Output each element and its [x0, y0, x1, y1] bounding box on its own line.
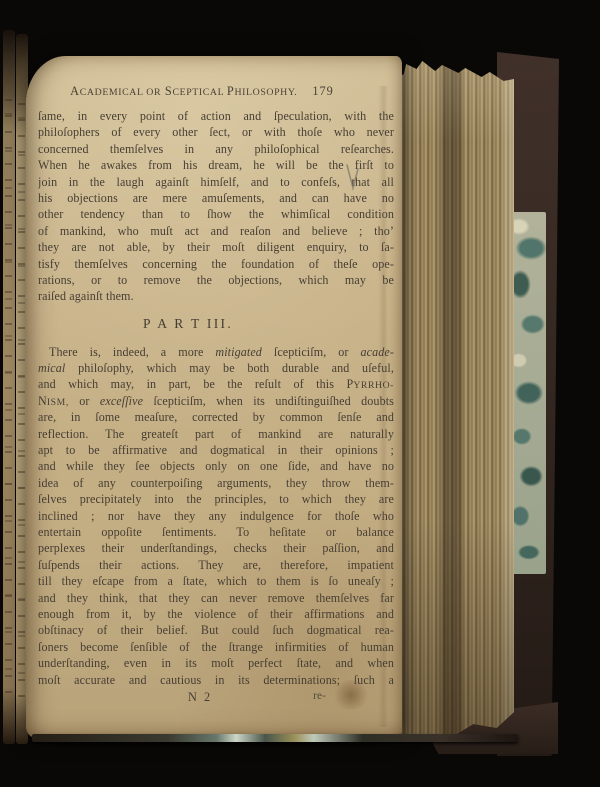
text-segment: of mankind, who muſt act and reaſon and …: [38, 224, 394, 238]
text-segment: his objections are mere amuſements, and …: [38, 191, 394, 205]
text-line: entertain oppoſite ſentiments. To heſita…: [38, 524, 394, 540]
text-line: ſame, in every point of action and ſpecu…: [38, 108, 394, 124]
text-segment: When he awakes from his dream, he will b…: [38, 158, 394, 172]
text-segment: obſtinacy of their belief. But could ſuc…: [38, 623, 394, 637]
text-segment: or: [69, 394, 100, 408]
text-line: ſuſpends their actions. They are, theref…: [38, 557, 394, 573]
text-line: they are not able, by their moſt diligen…: [38, 239, 394, 255]
text-segment: idea of any counterpoiſing arguments, th…: [38, 476, 394, 490]
text-line: underſtanding, even in its moſt perfect …: [38, 655, 394, 671]
text-line: rations, or to remove the objections, wh…: [38, 272, 394, 288]
text-segment: philoſophy, which may be both durable an…: [65, 361, 394, 375]
text-segment: inclined ; nor have they any indulgence …: [38, 509, 394, 523]
text-line: and while they ſee objects only on one ſ…: [38, 458, 394, 474]
table-edge-highlight: [32, 734, 518, 742]
text-line: perplexes their underſtandings, checks t…: [38, 540, 394, 556]
text-line: concerned themſelves in any philoſophica…: [38, 141, 394, 157]
text-segment: other tendency than to ſhow the whimſica…: [38, 207, 394, 221]
text-segment: YRRHO-: [353, 380, 394, 391]
text-segment: ISM,: [47, 397, 69, 408]
text-line: other tendency than to ſhow the whimſica…: [38, 206, 394, 222]
text-segment: apt to be affirmative and dogmatical in …: [38, 443, 394, 457]
text-line: obſtinacy of their belief. But could ſuc…: [38, 622, 394, 638]
text-segment: exceſſive: [100, 394, 143, 408]
text-segment: reflection. The greateſt part of mankind…: [38, 427, 394, 441]
text-segment: ſcepticiſm, or: [262, 345, 361, 359]
text-line: apt to be affirmative and dogmatical in …: [38, 442, 394, 458]
text-segment: perplexes their underſtandings, checks t…: [38, 541, 394, 555]
page-stain: [332, 680, 370, 710]
text-segment: till they eſcape from a ſtate, which to …: [38, 574, 394, 588]
text-segment: enough from it, by the violence of their…: [38, 607, 394, 621]
text-line: his objections are mere amuſements, and …: [38, 190, 394, 206]
paragraph-part-three: There is, indeed, a more mitigated ſcept…: [38, 344, 394, 688]
text-line: and which may, in part, be the reſult of…: [38, 376, 394, 392]
text-segment: CADEMICAL: [80, 87, 147, 98]
text-segment: join in the laugh againſt himſelf, and t…: [38, 175, 394, 189]
illegible-text-fragments: [18, 94, 25, 704]
text-line: and they think, that they can never remo…: [38, 590, 394, 606]
text-segment: entertain oppoſite ſentiments. To heſita…: [38, 525, 394, 539]
text-segment: mitigated: [215, 345, 262, 359]
text-segment: ſcepticiſm, when its undiſtinguiſhed dou…: [143, 394, 394, 408]
text-segment: acade-: [360, 345, 394, 359]
photo-background: ACADEMICAL OR SCEPTICAL PHILOSOPHY. 179 …: [0, 0, 600, 787]
text-line: reflection. The greateſt part of mankind…: [38, 426, 394, 442]
fore-edge-pages: [398, 60, 514, 738]
text-line: till they eſcape from a ſtate, which to …: [38, 573, 394, 589]
text-segment: mical: [38, 361, 65, 375]
facing-page-edge: [3, 30, 15, 744]
text-line: are, in ſome meaſure, corrected by commo…: [38, 409, 394, 425]
text-segment: are, in ſome meaſure, corrected by commo…: [38, 410, 394, 424]
signature-mark: N 2: [188, 690, 212, 705]
text-line: raiſed againſt them.: [38, 288, 394, 304]
text-line: idea of any counterpoiſing arguments, th…: [38, 475, 394, 491]
illegible-text-fragments: [5, 90, 12, 704]
text-line: ſoners become ſenſible of the ſtrange in…: [38, 639, 394, 655]
text-line: inclined ; nor have they any indulgence …: [38, 508, 394, 524]
text-line: enough from it, by the violence of their…: [38, 606, 394, 622]
text-segment: concerned themſelves in any philoſophica…: [38, 142, 394, 156]
text-line: tisfy themſelves concerning the foundati…: [38, 256, 394, 272]
text-block: ACADEMICAL OR SCEPTICAL PHILOSOPHY. 179 …: [38, 84, 394, 706]
running-header-title: ACADEMICAL OR SCEPTICAL PHILOSOPHY.: [70, 84, 297, 99]
text-segment: A: [70, 84, 80, 98]
text-segment: and they think, that they can never remo…: [38, 591, 394, 605]
margin-pen-mark: [344, 162, 360, 192]
text-segment: underſtanding, even in its moſt perfect …: [38, 656, 394, 670]
paragraph-continuation: ſame, in every point of action and ſpecu…: [38, 108, 394, 305]
text-segment: S: [161, 84, 172, 98]
catchword: re-: [313, 690, 326, 702]
text-line: ſelves precipitately into the principles…: [38, 491, 394, 507]
page-number: 179: [312, 84, 333, 99]
running-header: ACADEMICAL OR SCEPTICAL PHILOSOPHY. 179: [24, 84, 380, 101]
text-line: There is, indeed, a more mitigated ſcept…: [38, 344, 394, 360]
text-segment: raiſed againſt them.: [38, 289, 134, 303]
text-segment: CEPTICAL: [172, 87, 226, 98]
text-line: philoſophers of every other ſect, or wit…: [38, 124, 394, 140]
text-segment: they are not able, by their moſt diligen…: [38, 240, 394, 254]
text-segment: ſame, in every point of action and ſpecu…: [38, 109, 394, 123]
text-segment: philoſophers of every other ſect, or wit…: [38, 125, 394, 139]
text-line: of mankind, who muſt act and reaſon and …: [38, 223, 394, 239]
text-segment: OR: [146, 87, 161, 98]
text-line: When he awakes from his dream, he will b…: [38, 157, 394, 173]
text-line: join in the laugh againſt himſelf, and t…: [38, 174, 394, 190]
text-segment: and which may, in part, be the reſult of…: [38, 377, 353, 391]
text-segment: rations, or to remove the objections, wh…: [38, 273, 394, 287]
text-segment: HILOSOPHY.: [234, 87, 297, 98]
book-page: ACADEMICAL OR SCEPTICAL PHILOSOPHY. 179 …: [26, 56, 402, 738]
text-segment: ſuſpends their actions. They are, theref…: [38, 558, 394, 572]
text-segment: and while they ſee objects only on one ſ…: [38, 459, 394, 473]
text-segment: There is, indeed, a more: [49, 345, 215, 359]
text-segment: N: [38, 394, 47, 408]
text-segment: ſoners become ſenſible of the ſtrange in…: [38, 640, 394, 654]
text-segment: tisfy themſelves concerning the foundati…: [38, 257, 394, 271]
text-line: NISM, or exceſſive ſcepticiſm, when its …: [38, 393, 394, 409]
text-line: mical philoſophy, which may be both dura…: [38, 360, 394, 376]
text-segment: ſelves precipitately into the principles…: [38, 492, 394, 506]
part-heading: P A R T III.: [10, 315, 366, 333]
